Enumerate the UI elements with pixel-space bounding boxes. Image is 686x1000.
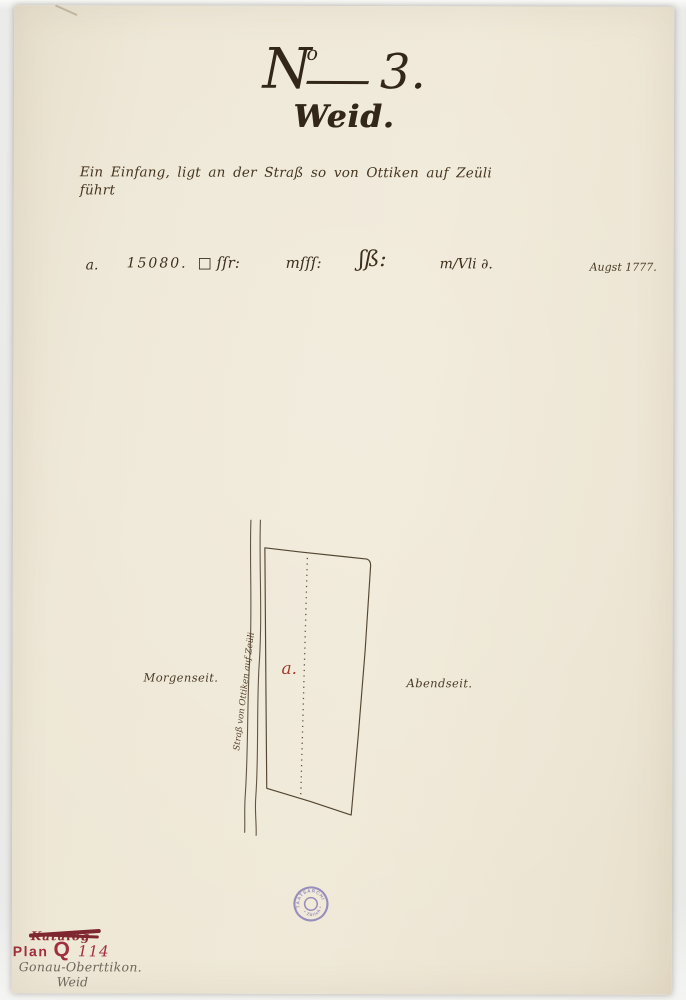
pencil-note-line1: Gonau-Oberttikon.: [19, 961, 142, 974]
label-abendseit: Abendseit.: [406, 676, 473, 690]
plan-q-stamp: Plan: [13, 943, 49, 959]
plan-q-signature: Plan Q 114: [13, 939, 110, 960]
pencil-note-line2: Weid: [57, 976, 88, 989]
plan-q-stamp-letter: Q: [53, 938, 69, 961]
parcel-divider-dotted: [301, 558, 308, 797]
road-line-right: [255, 520, 261, 836]
stamp-inner-ring: [303, 896, 319, 912]
plan-q-number: 114: [78, 942, 110, 960]
page-background: { "colors": { "paper": "#efe8d7", "ink":…: [0, 0, 686, 1000]
road-label: Straß von Ottiken auf Zeüli: [232, 631, 257, 751]
archive-stamp: STAATSARCHIV • Zürich •: [290, 883, 332, 925]
paper-sheet: No3. Weid. Ein Einfang, ligt an der Stra…: [12, 5, 675, 995]
parcel-label-a: a.: [282, 659, 298, 679]
parcel-outline: [264, 548, 370, 815]
map-sketch: a. Morgenseit. Abendseit. Straß von Otti…: [12, 5, 675, 995]
label-morgenseit: Morgenseit.: [143, 670, 219, 684]
